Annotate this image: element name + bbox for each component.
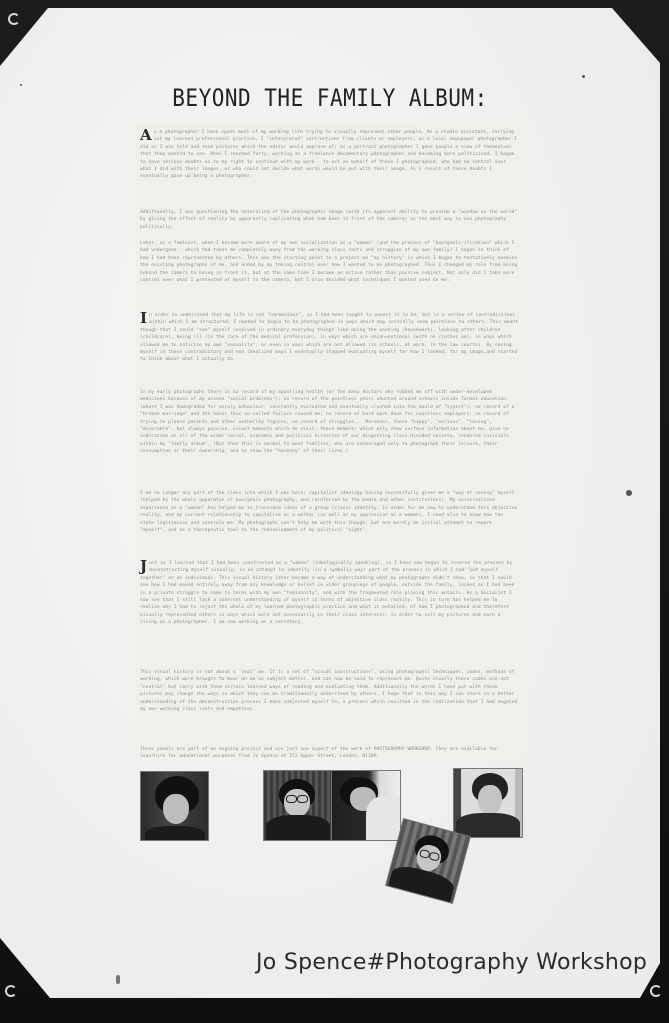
photo-portrait-resting-head xyxy=(331,770,401,841)
footer-credit: Jo Spence#Photography Workshop xyxy=(256,950,647,975)
paragraph-text: n order to understand that my life is no… xyxy=(140,313,518,362)
drop-cap: I xyxy=(140,313,147,323)
photo-portrait-looking-sideways xyxy=(140,771,209,841)
dust-speck xyxy=(20,84,22,86)
paragraph-6: I am no longer any part of the class int… xyxy=(140,490,518,534)
screw-icon xyxy=(5,985,17,997)
paragraph-text: In my early photographs there is no reco… xyxy=(140,390,514,454)
paragraph-5: In my early photographs there is no reco… xyxy=(140,389,518,456)
dust-speck xyxy=(582,75,585,78)
page-title: BEYOND THE FAMILY ALBUM: xyxy=(120,84,540,112)
paragraph-1: A s a photographer I have spent most of … xyxy=(140,129,518,181)
screw-icon xyxy=(650,985,662,997)
paragraph-text: This visual history is not about a "real… xyxy=(140,670,517,712)
paragraph-4: I n order to understand that my life is … xyxy=(140,312,518,364)
paragraph-text: s a photographer I have spent most of my… xyxy=(140,130,517,179)
paragraph-2: Additionally, I was questioning the natu… xyxy=(140,209,518,231)
paragraph-3: Later, as a feminist, when I became more… xyxy=(140,240,518,284)
dust-speck xyxy=(626,490,632,496)
paragraph-8: This visual history is not about a "real… xyxy=(140,669,518,713)
drop-cap: A xyxy=(140,130,152,140)
photo-portrait-short-hair xyxy=(453,768,523,838)
paragraph-text: Additionally, I was questioning the natu… xyxy=(140,210,517,230)
paragraph-text: I am no longer any part of the class int… xyxy=(140,491,517,533)
paragraph-text: Later, as a feminist, when I became more… xyxy=(140,241,517,283)
dust-speck xyxy=(116,975,120,984)
paragraph-text: These panels are part of an ongoing proj… xyxy=(140,747,498,759)
paragraph-text: ust as I learned that I had been constru… xyxy=(140,561,514,625)
drop-cap: J xyxy=(140,561,147,571)
paragraph-7: J ust as I learned that I had been const… xyxy=(140,560,518,627)
paragraph-9: These panels are part of an ongoing proj… xyxy=(140,746,518,761)
photo-portrait-smiling-glasses xyxy=(263,770,333,841)
screw-icon xyxy=(8,13,20,25)
